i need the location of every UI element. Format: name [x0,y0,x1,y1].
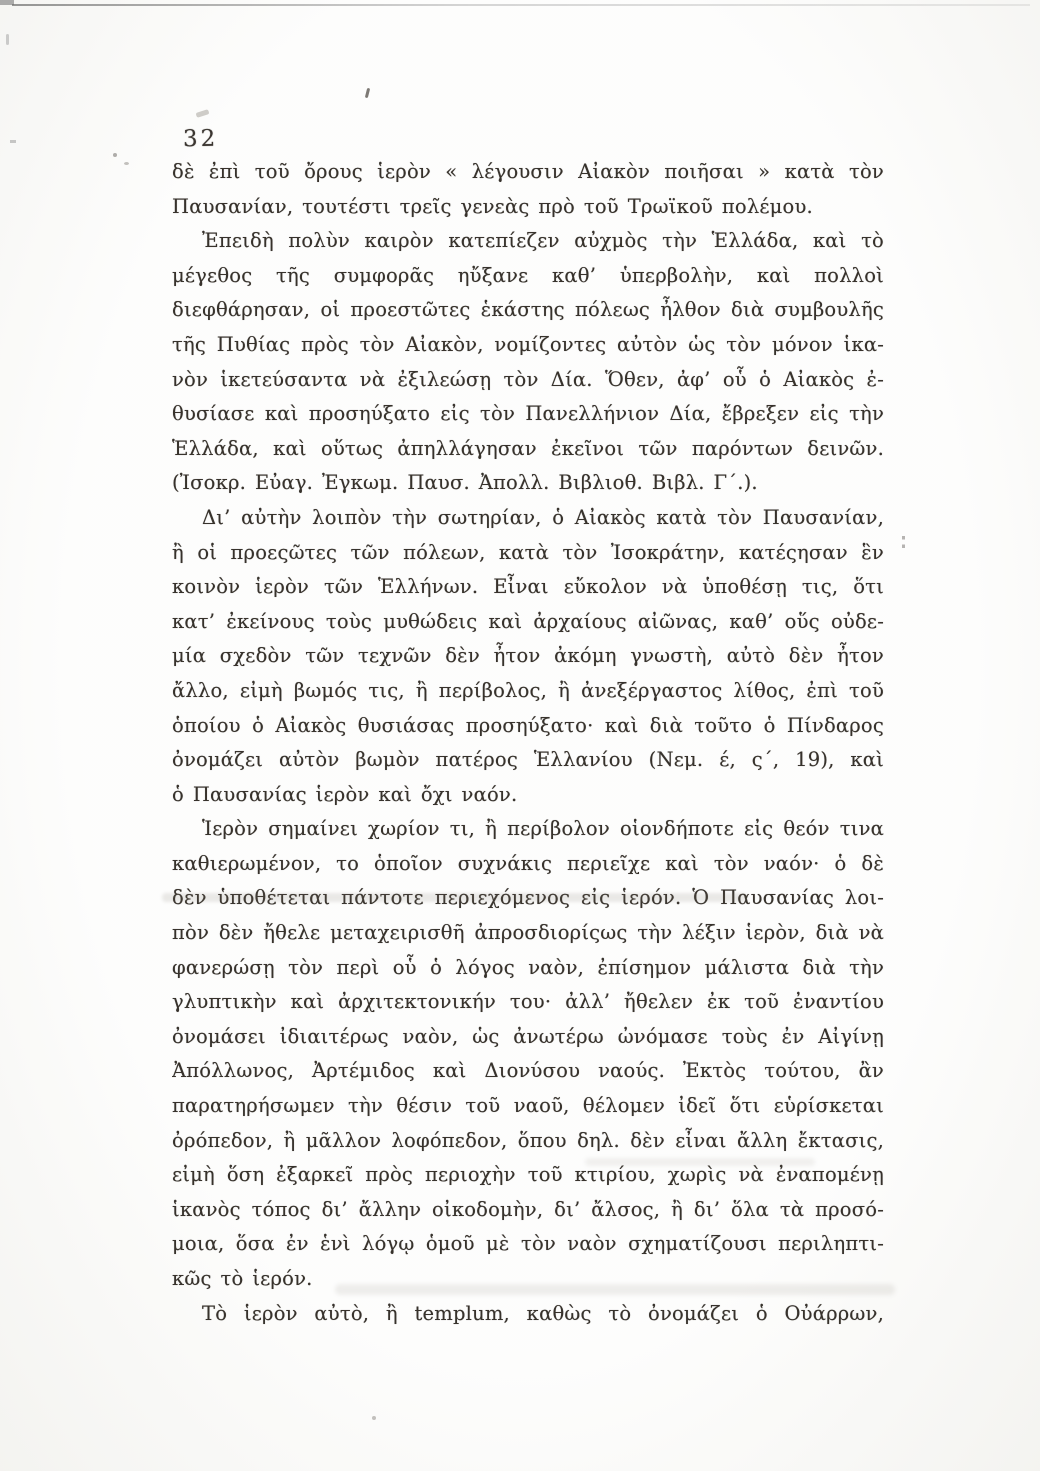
text-line: εἰμὴ ὅση ἐξαρκεῖ πρὸς περιοχὴν τοῦ κτιρί… [172,1158,884,1193]
text-line: μία σχεδὸν τῶν τεχνῶν δὲν ἦτον ἀκόμη γνω… [172,639,884,674]
scan-speck [10,140,16,143]
text-line: διεφθάρησαν, οἱ προεστῶτες ἑκάστης πόλεω… [172,293,884,328]
text-line: τῆς Πυθίας πρὸς τὸν Αἰακὸν, νομίζοντες α… [172,328,884,363]
scan-speck [113,153,117,157]
text-line: ὁ Παυσανίας ἱερὸν καὶ ὄχι ναόν. [172,778,884,813]
text-line: Ἑλλάδα, καὶ οὕτως ἀπηλλάγησαν ἐκεῖνοι τῶ… [172,432,884,467]
stray-ink-mark [365,88,370,98]
text-line: μέγεθος τῆς συμφορᾶς ηὔξανε καθ’ ὑπερβολ… [172,259,884,294]
text-line: ὀνομάσει ἰδιαιτέρως ναὸν, ὡς ἀνωτέρω ὠνό… [172,1020,884,1055]
text-line: καθιερωμένον, το ὁποῖον συχνάκις περιεῖχ… [172,847,884,882]
text-line: ὀρόπεδον, ἢ μᾶλλον λοφόπεδον, ὅπου δηλ. … [172,1124,884,1159]
text-line: θυσίασε καὶ προσηύξατο εἰς τὸν Πανελλήνι… [172,397,884,432]
text-line: Ἐπειδὴ πολὺν καιρὸν κατεπίεζεν αὐχμὸς τὴ… [172,224,884,259]
text-line: νὸν ἱκετεύσαντα νὰ ἐξιλεώσῃ τὸν Δία. Ὅθε… [172,363,884,398]
text-line: κῶς τὸ ἱερόν. [172,1262,884,1297]
text-line: ἱκανὸς τόπος δι’ ἄλλην οἰκοδομὴν, δι’ ἄλ… [172,1193,884,1228]
scan-edge-line [12,4,1030,6]
text-line: δὲν ὑποθέτεται πάντοτε περιεχόμενος εἰς … [172,881,884,916]
scan-speck [124,162,129,165]
text-line: ἄλλο, εἰμὴ βωμός τις, ἢ περίβολος, ἢ ἀνε… [172,674,884,709]
text-line: δὲ ἐπὶ τοῦ ὄρους ἱερὸν « λέγουσιν Αἰακὸν… [172,155,884,190]
text-line: γλυπτικὴν καὶ ἀρχιτεκτονικήν του· ἀλλ’ ἤ… [172,985,884,1020]
scan-speck [372,1416,376,1420]
text-line: μοια, ὅσα ἐν ἑνὶ λόγῳ ὁμοῦ μὲ τὸν ναὸν σ… [172,1227,884,1262]
page-text-block: δὲ ἐπὶ τοῦ ὄρους ἱερὸν « λέγουσιν Αἰακὸν… [172,155,884,1331]
page-number: 32 [183,126,219,153]
text-line: πὸν δὲν ἤθελε μεταχειρισθῆ ἀπροσδιορίςως… [172,916,884,951]
text-line: κατ’ ἐκείνους τοὺς μυθώδεις καὶ ἀρχαίους… [172,605,884,640]
text-line: ὁποίου ὁ Αἰακὸς θυσιάσας προσηύξατο· καὶ… [172,709,884,744]
ink-smudge [196,109,210,118]
text-line: (Ἰσοκρ. Εὐαγ. Ἐγκωμ. Παυσ. Ἀπολλ. Βιβλιο… [172,466,884,501]
text-line: παρατηρήσωμεν τὴν θέσιν τοῦ ναοῦ, θέλομε… [172,1089,884,1124]
text-line: Ἱερὸν σημαίνει χωρίον τι, ἢ περίβολον οἱ… [172,812,884,847]
text-line: ἢ οἱ προεςῶτες τῶν πόλεων, κατὰ τὸν Ἰσοκ… [172,536,884,571]
text-line: ὀνομάζει αὐτὸν βωμὸν πατέρος Ἑλλανίου (Ν… [172,743,884,778]
scan-speck [6,34,9,45]
scanned-book-page: 32 δὲ ἐπὶ τοῦ ὄρους ἱερὸν « λέγουσιν Αἰα… [0,0,1040,1471]
scan-corner-mark [0,0,14,5]
text-line: Παυσανίαν, τουτέστι τρεῖς γενεὰς πρὸ τοῦ… [172,190,884,225]
text-line: Τὸ ἱερὸν αὐτὸ, ἢ templum, καθὼς τὸ ὀνομά… [172,1297,884,1332]
text-line: κοινὸν ἱερὸν τῶν Ἑλλήνων. Εἶναι εὔκολον … [172,570,884,605]
text-line: φανερώσῃ τὸν περὶ οὗ ὁ λόγος ναὸν, ἐπίση… [172,951,884,986]
text-line: Δι’ αὐτὴν λοιπὸν τὴν σωτηρίαν, ὁ Αἰακὸς … [172,501,884,536]
scan-speck [902,536,905,548]
text-line: Ἀπόλλωνος, Ἀρτέμιδος καὶ Διονύσου ναούς.… [172,1054,884,1089]
